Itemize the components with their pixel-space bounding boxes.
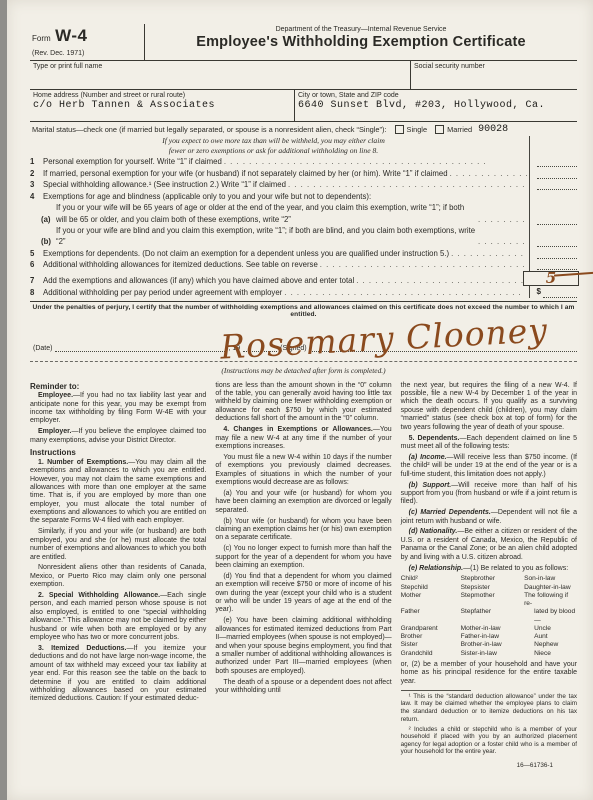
married-dependents-lead: (c) Married Dependents. xyxy=(409,509,491,516)
nationality-lead: (d) Nationality. xyxy=(409,528,458,535)
paragraph: The death of a spouse or a dependent doe… xyxy=(215,679,391,696)
line-5-number: 5 xyxy=(30,248,43,259)
relationship-lead: (e) Relationship. xyxy=(409,565,463,572)
paragraph: (e) You have been claiming additional wi… xyxy=(215,617,391,676)
handwritten-signature: Rosemary Clooney xyxy=(219,310,549,366)
rel-cell: Brother xyxy=(401,633,461,641)
notice-line-2: fewer or zero exemptions or ask for addi… xyxy=(30,146,517,156)
married-label: Married xyxy=(447,125,472,134)
ssn-field[interactable]: Social security number xyxy=(411,61,577,89)
line-6-answer[interactable] xyxy=(537,260,577,270)
line-8-answer[interactable] xyxy=(543,288,577,298)
section-4-lead: 4. Changes in Exemptions or Allowances. xyxy=(223,426,373,433)
marital-status-label: Marital status—check one (if married but… xyxy=(32,125,387,134)
footnote-rule xyxy=(401,690,471,691)
line-6-text: Additional withholding allowances for it… xyxy=(43,259,318,270)
rel-cell: Stepmother xyxy=(461,592,524,608)
full-name-label: Type or print full name xyxy=(33,63,407,70)
paragraph: 1. Number of Exemptions.—You may claim a… xyxy=(30,459,206,526)
paragraph: (a) You and your wife (or husband) for w… xyxy=(215,490,391,515)
form-header: Form W-4 (Rev. Dec. 1971) Department of … xyxy=(30,24,577,61)
instructions-section: Reminder to: Employee.—If you had no tax… xyxy=(30,382,577,770)
paragraph: (b) Your wife (or husband) for whom you … xyxy=(215,518,391,543)
line-8-text: Additional withholding per pay period un… xyxy=(43,287,282,298)
rel-cell: Niece xyxy=(524,650,577,658)
instructions-column-middle: tions are less than the amount shown in … xyxy=(215,382,391,770)
line-5: 5 Exemptions for dependents. (Do not cla… xyxy=(30,248,577,259)
dot-leader xyxy=(478,236,527,247)
line-4b: (b) If you or your wife are blind and yo… xyxy=(30,225,577,247)
section-2-lead: 2. Special Withholding Allowance. xyxy=(38,592,160,599)
support-lead: (b) Support. xyxy=(409,482,452,489)
section-1-text: —You may claim all the exemptions and al… xyxy=(30,459,206,525)
section-1-lead: 1. Number of Exemptions. xyxy=(38,459,128,466)
rel-cell: Mother xyxy=(401,592,461,608)
home-address-field[interactable]: Home address (Number and street or rural… xyxy=(30,90,295,121)
line-1: 1 Personal exemption for yourself. Write… xyxy=(30,156,577,167)
paragraph: Nonresident aliens other than residents … xyxy=(30,564,206,589)
address-row: Home address (Number and street or rural… xyxy=(30,90,577,122)
date-label: (Date) xyxy=(33,345,52,352)
rel-cell: Stepchild xyxy=(401,584,461,592)
paragraph: the next year, but requires the filing o… xyxy=(401,382,577,432)
paragraph: (a) Income.—Will receive less than $750 … xyxy=(401,454,577,479)
scanned-form-w4: Form W-4 (Rev. Dec. 1971) Department of … xyxy=(0,0,593,800)
rel-cell: Stepbrother xyxy=(461,575,524,583)
exemption-lines: If you expect to owe more tax than will … xyxy=(30,136,577,298)
instructions-heading: Instructions xyxy=(30,448,206,458)
line-5-answer[interactable] xyxy=(537,249,577,259)
rel-cell: Grandchild xyxy=(401,650,461,658)
rel-cell: Mother-in-law xyxy=(461,625,524,633)
paragraph: 4. Changes in Exemptions or Allowances.—… xyxy=(215,426,391,451)
section-3-text: —If you itemize your deductions and do n… xyxy=(30,645,206,702)
line-4a: (a) If you or your wife will be 65 years… xyxy=(30,202,577,224)
section-2-text: —Each single person, and each married pe… xyxy=(30,592,206,641)
line-5-text: Exemptions for dependents. (Do not claim… xyxy=(43,248,449,259)
paragraph: 3. Itemized Deductions.—If you itemize y… xyxy=(30,645,206,704)
income-lead: (a) Income. xyxy=(409,454,447,461)
notice-line-1: If you expect to owe more tax than will … xyxy=(30,136,517,146)
rel-cell: The following if re- xyxy=(524,592,577,608)
form-revision: (Rev. Dec. 1971) xyxy=(32,50,140,57)
paragraph: (b) Support.—Will receive more than half… xyxy=(401,482,577,507)
footnote-2: ² Includes a child or stepchild who is a… xyxy=(401,726,577,756)
ssn-label: Social security number xyxy=(414,63,574,70)
line-7-text: Add the exemptions and allowances (if an… xyxy=(43,275,354,286)
line-4a-answer[interactable] xyxy=(537,215,577,225)
date-field[interactable] xyxy=(55,343,225,352)
marital-status-row: Marital status—check one (if married but… xyxy=(30,122,577,135)
line-2-answer[interactable] xyxy=(537,169,577,179)
scan-edge xyxy=(0,0,7,800)
rel-cell: Son-in-law xyxy=(524,575,577,583)
line-7: 7 Add the exemptions and allowances (if … xyxy=(30,271,577,286)
line-4b-text: If you or your wife are blind and you cl… xyxy=(56,225,476,247)
line-4: 4 Exemptions for age and blindness (appl… xyxy=(30,191,577,202)
relationship-table: Child²StepbrotherSon-in-law StepchildSte… xyxy=(401,575,577,657)
line-2-text: If married, personal exemption for your … xyxy=(43,168,448,179)
line-4-number: 4 xyxy=(30,191,43,202)
rel-cell: Grandparent xyxy=(401,625,461,633)
rel-cell: Stepsister xyxy=(461,584,524,592)
print-code: 16—61736-1 xyxy=(401,762,577,770)
paragraph: Employer.—If you believe the employee cl… xyxy=(30,428,206,445)
dot-leader xyxy=(356,275,527,286)
zip-overflow-value: 90028 xyxy=(478,124,508,135)
line-3-answer[interactable] xyxy=(537,180,577,190)
home-address-value: c/o Herb Tannen & Associates xyxy=(33,100,291,111)
line-7-number: 7 xyxy=(30,275,43,286)
agency-name: Department of the Treasury—Internal Reve… xyxy=(145,26,577,33)
line-1-answer[interactable] xyxy=(537,157,577,167)
city-value: 6640 Sunset Blvd, #203, Hollywood, Ca. xyxy=(298,100,574,111)
paragraph: You must file a new W-4 within 10 days i… xyxy=(215,454,391,488)
dot-leader xyxy=(288,179,527,190)
form-number: W-4 xyxy=(55,26,87,45)
paragraph: (d) You find that a dependent for whom y… xyxy=(215,573,391,615)
form-word: Form xyxy=(32,34,51,43)
paragraph: 2. Special Withholding Allowance.—Each s… xyxy=(30,592,206,642)
rel-cell: Daughter-in-law xyxy=(524,584,577,592)
paper: Form W-4 (Rev. Dec. 1971) Department of … xyxy=(7,0,593,800)
line-1-number: 1 xyxy=(30,156,43,167)
paragraph: (c) You no longer expect to furnish more… xyxy=(215,545,391,570)
line-8-number: 8 xyxy=(30,287,43,298)
line-4-text: Exemptions for age and blindness (applic… xyxy=(43,191,371,202)
detach-note: (Instructions may be detached after form… xyxy=(30,366,577,375)
dot-leader xyxy=(284,287,524,298)
paragraph: tions are less than the amount shown in … xyxy=(215,382,391,424)
paragraph: (e) Relationship.—(1) Be related to you … xyxy=(401,565,577,573)
section-3-lead: 3. Itemized Deductions. xyxy=(38,645,126,652)
dot-leader xyxy=(320,259,527,270)
rel-cell: Child² xyxy=(401,575,461,583)
form-number-block: Form W-4 (Rev. Dec. 1971) xyxy=(30,24,145,60)
owe-more-tax-notice: If you expect to owe more tax than will … xyxy=(30,136,517,156)
instructions-column-right: the next year, but requires the filing o… xyxy=(401,382,577,770)
line-6: 6 Additional withholding allowances for … xyxy=(30,259,577,270)
rel-cell: Stepfather xyxy=(461,608,524,624)
paragraph: Similarly, if you and your wife (or husb… xyxy=(30,528,206,562)
paragraph: or, (2) be a member of your household an… xyxy=(401,661,577,686)
footnote-1: ¹ This is the “standard deduction allowa… xyxy=(401,693,577,723)
line-3-text: Special withholding allowance.¹ (See ins… xyxy=(43,179,286,190)
rel-cell: Uncle xyxy=(524,625,577,633)
city-label: City or town, State and ZIP code xyxy=(298,92,574,99)
rel-cell: Nephew xyxy=(524,641,577,649)
paragraph: 5. Dependents.—Each dependent claimed on… xyxy=(401,435,577,452)
single-label: Single xyxy=(407,125,428,134)
form-title: Employee's Withholding Exemption Certifi… xyxy=(145,34,577,50)
rel-cell: Sister xyxy=(401,641,461,649)
line-4b-number: (b) xyxy=(41,236,56,247)
dot-leader xyxy=(451,248,527,259)
full-name-field[interactable]: Type or print full name xyxy=(30,61,411,89)
line-7-total-box[interactable]: 5 xyxy=(523,271,579,286)
rel-cell: Aunt xyxy=(524,633,577,641)
line-2: 2 If married, personal exemption for you… xyxy=(30,168,577,179)
line-2-number: 2 xyxy=(30,168,43,179)
married-checkbox[interactable] xyxy=(435,125,444,134)
dot-leader xyxy=(450,168,527,179)
rel-cell: Sister-in-law xyxy=(461,650,524,658)
city-field[interactable]: City or town, State and ZIP code 6640 Su… xyxy=(295,90,577,121)
rel-cell: Brother-in-law xyxy=(461,641,524,649)
dot-leader xyxy=(224,156,527,167)
name-ssn-row: Type or print full name Social security … xyxy=(30,61,577,90)
line-4b-answer[interactable] xyxy=(537,237,577,247)
reminder-heading: Reminder to: xyxy=(30,382,206,392)
line-4a-text: If you or your wife will be 65 years of … xyxy=(56,202,476,224)
paragraph: (c) Married Dependents.—Dependent will n… xyxy=(401,509,577,526)
rel-cell: lated by blood— xyxy=(524,608,577,624)
employer-lead: Employer. xyxy=(38,428,71,435)
dot-leader xyxy=(478,214,527,225)
line-4a-number: (a) xyxy=(41,214,56,225)
line-3-number: 3 xyxy=(30,179,43,190)
paragraph: (d) Nationality.—Be either a citizen or … xyxy=(401,528,577,562)
instructions-column-left: Reminder to: Employee.—If you had no tax… xyxy=(30,382,206,770)
paragraph: Employee.—If you had no tax liability la… xyxy=(30,392,206,426)
home-address-label: Home address (Number and street or rural… xyxy=(33,92,291,99)
rel-cell: Father xyxy=(401,608,461,624)
employee-lead: Employee. xyxy=(38,392,73,399)
single-checkbox[interactable] xyxy=(395,125,404,134)
line-1-text: Personal exemption for yourself. Write “… xyxy=(43,156,222,167)
line-8: 8 Additional withholding per pay period … xyxy=(30,286,577,297)
relationship-text: —(1) Be related to you as follows: xyxy=(463,565,568,572)
line-6-number: 6 xyxy=(30,259,43,270)
section-5-lead: 5. Dependents. xyxy=(409,435,460,442)
dollar-sign: $ xyxy=(537,286,541,297)
rel-cell: Father-in-law xyxy=(461,633,524,641)
handwritten-total: 5 xyxy=(546,269,556,287)
signature-row: (Date) , 19 (Signed) Rosemary Clooney xyxy=(30,318,577,352)
line-3: 3 Special withholding allowance.¹ (See i… xyxy=(30,179,577,190)
